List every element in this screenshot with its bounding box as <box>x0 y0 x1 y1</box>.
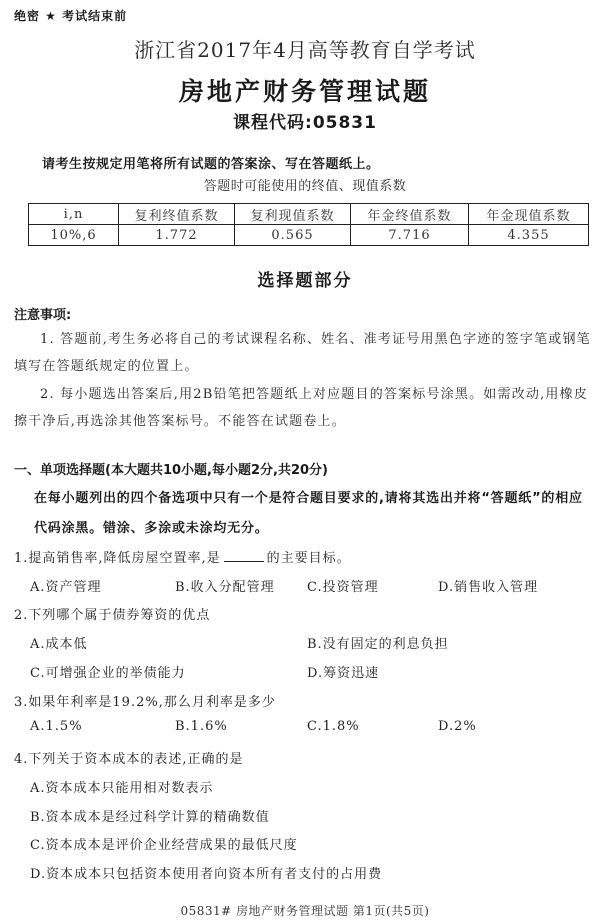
question-stem: 2.下列哪个属于债券筹资的优点 <box>14 604 210 623</box>
part-heading: 一、单项选择题(本大题共10小题,每小题2分,共20分) <box>14 459 328 478</box>
option-b: B.没有固定的利息负担 <box>307 633 449 652</box>
option-d: D.销售收入管理 <box>438 576 538 595</box>
table-header-cell: 复利终值系数 <box>119 204 235 225</box>
table-header-cell: 复利现值系数 <box>235 204 351 225</box>
answer-blank <box>224 549 264 562</box>
option-a: A.资产管理 <box>30 576 102 595</box>
notes-heading: 注意事项: <box>14 304 71 323</box>
note-text: 1. 答题前,考生务必将自己的考试课程名称、姓名、准考证号用黑色字迹的签字笔或钢… <box>14 332 591 374</box>
note-text: 2. 每小题选出答案后,用2B铅笔把答题纸上对应题目的答案标号涂黑。如需改动,用… <box>14 387 588 429</box>
note-item: 1. 答题前,考生务必将自己的考试课程名称、姓名、准考证号用黑色字迹的签字笔或钢… <box>14 326 596 380</box>
table-cell: 10%,6 <box>29 225 119 246</box>
option-b: B.收入分配管理 <box>175 576 275 595</box>
coefficient-table: i,n 复利终值系数 复利现值系数 年金终值系数 年金现值系数 10%,6 1.… <box>28 203 589 246</box>
table-cell: 1.772 <box>119 225 235 246</box>
question-stem: 3.如果年利率是19.2%,那么月利率是多少 <box>14 691 276 710</box>
note-item: 2. 每小题选出答案后,用2B铅笔把答题纸上对应题目的答案标号涂黑。如需改动,用… <box>14 381 596 435</box>
table-cell: 4.355 <box>469 225 589 246</box>
option-a: A.资本成本只能用相对数表示 <box>30 777 214 796</box>
option-d: D.2% <box>438 719 477 734</box>
question-stem: 4.下列关于资本成本的表述,正确的是 <box>14 748 244 767</box>
option-b: B.1.6% <box>175 719 228 734</box>
answer-notice: 请考生按规定用笔将所有试题的答案涂、写在答题纸上。 <box>42 153 380 172</box>
table-header-row: i,n 复利终值系数 复利现值系数 年金终值系数 年金现值系数 <box>29 204 589 225</box>
option-c: C.资本成本是评价企业经营成果的最低尺度 <box>30 834 298 853</box>
option-a: A.1.5% <box>30 719 83 734</box>
section-title: 选择题部分 <box>0 266 610 291</box>
paper-title: 房地产财务管理试题 <box>0 72 610 108</box>
option-d: D.筹资迅速 <box>307 662 379 681</box>
option-a: A.成本低 <box>30 633 88 652</box>
table-cell: 0.565 <box>235 225 351 246</box>
part-instruction: 在每小题列出的四个备选项中只有一个是符合题目要求的,请将其选出并将“答题纸”的相… <box>34 484 596 544</box>
confidential-label: 绝密 ★ 考试结束前 <box>14 7 127 24</box>
question-stem: 1.提高销售率,降低房屋空置率,是的主要目标。 <box>14 547 351 566</box>
table-cell: 7.716 <box>351 225 469 246</box>
table-header-cell: i,n <box>29 204 119 225</box>
option-c: C.1.8% <box>307 719 360 734</box>
table-header-cell: 年金终值系数 <box>351 204 469 225</box>
course-code: 课程代码:05831 <box>0 108 610 133</box>
table-header-cell: 年金现值系数 <box>469 204 589 225</box>
question-text: 1.提高销售率,降低房屋空置率,是 <box>14 551 221 566</box>
option-d: D.资本成本只包括资本使用者向资本所有者支付的占用费 <box>30 863 382 882</box>
table-row: 10%,6 1.772 0.565 7.716 4.355 <box>29 225 589 246</box>
table-caption: 答题时可能使用的终值、现值系数 <box>0 175 610 194</box>
option-c: C.投资管理 <box>307 576 379 595</box>
option-b: B.资本成本是经过科学计算的精确数值 <box>30 806 270 825</box>
exam-title: 浙江省2017年4月高等教育自学考试 <box>0 34 610 63</box>
page-footer: 05831# 房地产财务管理试题 第1页(共5页) <box>0 902 610 919</box>
question-text: 的主要目标。 <box>267 551 351 566</box>
option-c: C.可增强企业的举债能力 <box>30 662 186 681</box>
